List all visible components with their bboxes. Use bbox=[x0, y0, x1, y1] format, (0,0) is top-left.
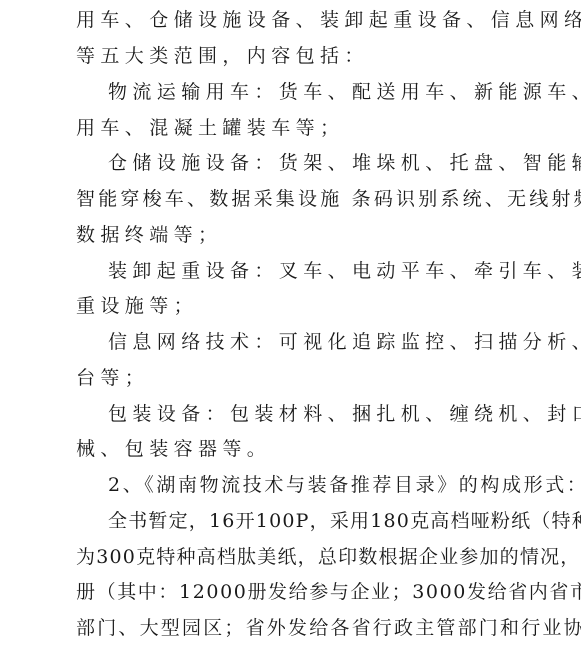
paragraph-line: 数据终端等； bbox=[76, 223, 508, 247]
list-item-handling-equipment: 装卸起重设备：叉车、电动平车、牵引车、装载机、各类起 bbox=[108, 259, 508, 283]
list-item-info-network: 信息网络技术：可视化追踪监控、扫描分析、车联网信息平 bbox=[108, 330, 508, 354]
paragraph-line: 全书暂定，16开100P，采用180克高档哑粉纸（特种纸），封面 bbox=[108, 509, 508, 533]
subsection-heading: 2、《湖南物流技术与装备推荐目录》的构成形式： bbox=[108, 473, 508, 497]
paragraph-line: 重设施等； bbox=[76, 294, 508, 318]
list-item-packaging: 包装设备：包装材料、捆扎机、缠绕机、封口机械、贴标机 bbox=[108, 402, 508, 426]
paragraph-line: 为300克特种高档肽美纸，总印数根据企业参加的情况，暂定15000 bbox=[76, 545, 508, 569]
paragraph-line: 册（其中：12000册发给参与企业；3000发给省内省市县行政主管 bbox=[76, 580, 508, 604]
paragraph-line: 部门、大型园区；省外发给各省行政主管部门和行业协会、）。 bbox=[76, 616, 508, 640]
paragraph-line: 用车、混凝土罐装车等； bbox=[76, 116, 508, 140]
paragraph-line: 用车、仓储设施设备、装卸起重设备、信息网络技术、包装设备 bbox=[76, 8, 508, 32]
document-page: 用车、仓储设施设备、装卸起重设备、信息网络技术、包装设备 等五大类范围，内容包括… bbox=[0, 0, 581, 662]
list-item-warehouse-equipment: 仓储设施设备：货架、堆垛机、托盘、智能输送分拣系统、 bbox=[108, 151, 508, 175]
paragraph-line: 械、包装容器等。 bbox=[76, 437, 508, 461]
paragraph-line: 智能穿梭车、数据采集设施 条码识别系统、无线射频识别系统、 bbox=[76, 187, 508, 211]
list-item-logistics-vehicles: 物流运输用车：货车、配送用车、新能源车、冷藏车、危货 bbox=[108, 80, 508, 104]
paragraph-line: 等五大类范围，内容包括： bbox=[76, 44, 508, 68]
paragraph-line: 台等； bbox=[76, 366, 508, 390]
